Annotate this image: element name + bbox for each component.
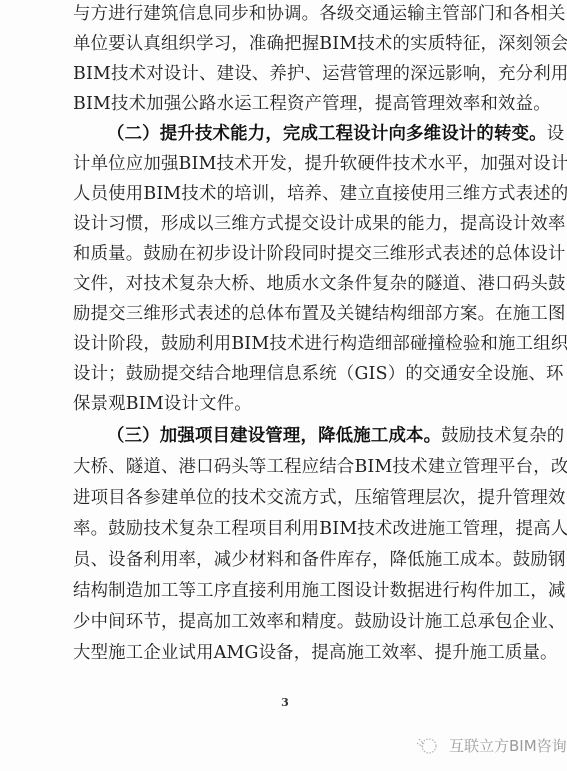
text-line: 大型施工企业试用AMG设备，提高施工效率、提升施工质量。 xyxy=(73,641,465,665)
text-line: 进项目各参建单位的技术交流方式，压缩管理层次，提升管理效 xyxy=(73,486,465,510)
text-line: BIM技术加强公路水运工程资产管理，提高管理效率和效益。 xyxy=(73,92,465,116)
text-line: 保景观BIM设计文件。 xyxy=(73,392,465,416)
text-line: 率。鼓励技术复杂工程项目利用BIM技术改进施工管理，提高人 xyxy=(73,517,465,541)
text-line: 员、设备利用率，减少材料和备件库存，降低施工成本。鼓励钢 xyxy=(73,548,465,572)
document-page: 与方进行建筑信息同步和协调。各级交通运输主管部门和各相关 单位要认真组织学习，准… xyxy=(0,0,567,771)
page-number: 3 xyxy=(280,696,290,709)
text-fragment: 设 xyxy=(547,124,565,144)
section-heading: （二）提升技术能力，完成工程设计向多维设计的转变。 xyxy=(107,124,547,144)
text-line: 励提交三维形式表述的总体布置及关键结构细部方案。在施工图 xyxy=(73,302,465,326)
text-line: 和质量。鼓励在初步设计阶段同时提交三维形式表述的总体设计 xyxy=(73,242,465,266)
text-line: 少中间环节，提高加工效率和精度。鼓励设计施工总承包企业、 xyxy=(73,610,465,634)
text-line: 设计；鼓励提交结合地理信息系统（GIS）的交通安全设施、环 xyxy=(73,362,465,386)
section-heading-line: （三）加强项目建设管理，降低施工成本。鼓励技术复杂的 xyxy=(107,424,465,448)
text-line: 与方进行建筑信息同步和协调。各级交通运输主管部门和各相关 xyxy=(73,2,465,26)
text-line: 设计习惯，形成以三维方式提交设计成果的能力，提高设计效率 xyxy=(73,212,465,236)
watermark: 互联立方BIM咨询 xyxy=(415,731,567,759)
text-line: 文件，对技术复杂大桥、地质水文条件复杂的隧道、港口码头鼓 xyxy=(73,272,465,296)
text-line: 计单位应加强BIM技术开发，提升软硬件技术水平，加强对设计 xyxy=(73,152,465,176)
watermark-text: 互联立方BIM咨询 xyxy=(449,735,567,756)
section-heading-line: （二）提升技术能力，完成工程设计向多维设计的转变。设 xyxy=(107,122,465,146)
text-line: 设计阶段，鼓励利用BIM技术进行构造细部碰撞检验和施工组织 xyxy=(73,332,465,356)
wechat-icon xyxy=(415,735,441,755)
text-line: 大桥、隧道、港口码头等工程应结合BIM技术建立管理平台，改 xyxy=(73,455,465,479)
section-heading: （三）加强项目建设管理，降低施工成本。 xyxy=(107,426,441,446)
text-line: 结构制造加工等工序直接利用施工图设计数据进行构件加工，减 xyxy=(73,579,465,603)
text-line: 单位要认真组织学习，准确把握BIM技术的实质特征，深刻领会 xyxy=(73,32,465,56)
text-fragment: 鼓励技术复杂的 xyxy=(441,426,564,446)
text-line: 人员使用BIM技术的培训，培养、建立直接使用三维方式表述的 xyxy=(73,182,465,206)
text-line: BIM技术对设计、建设、养护、运营管理的深远影响，充分利用 xyxy=(73,62,465,86)
